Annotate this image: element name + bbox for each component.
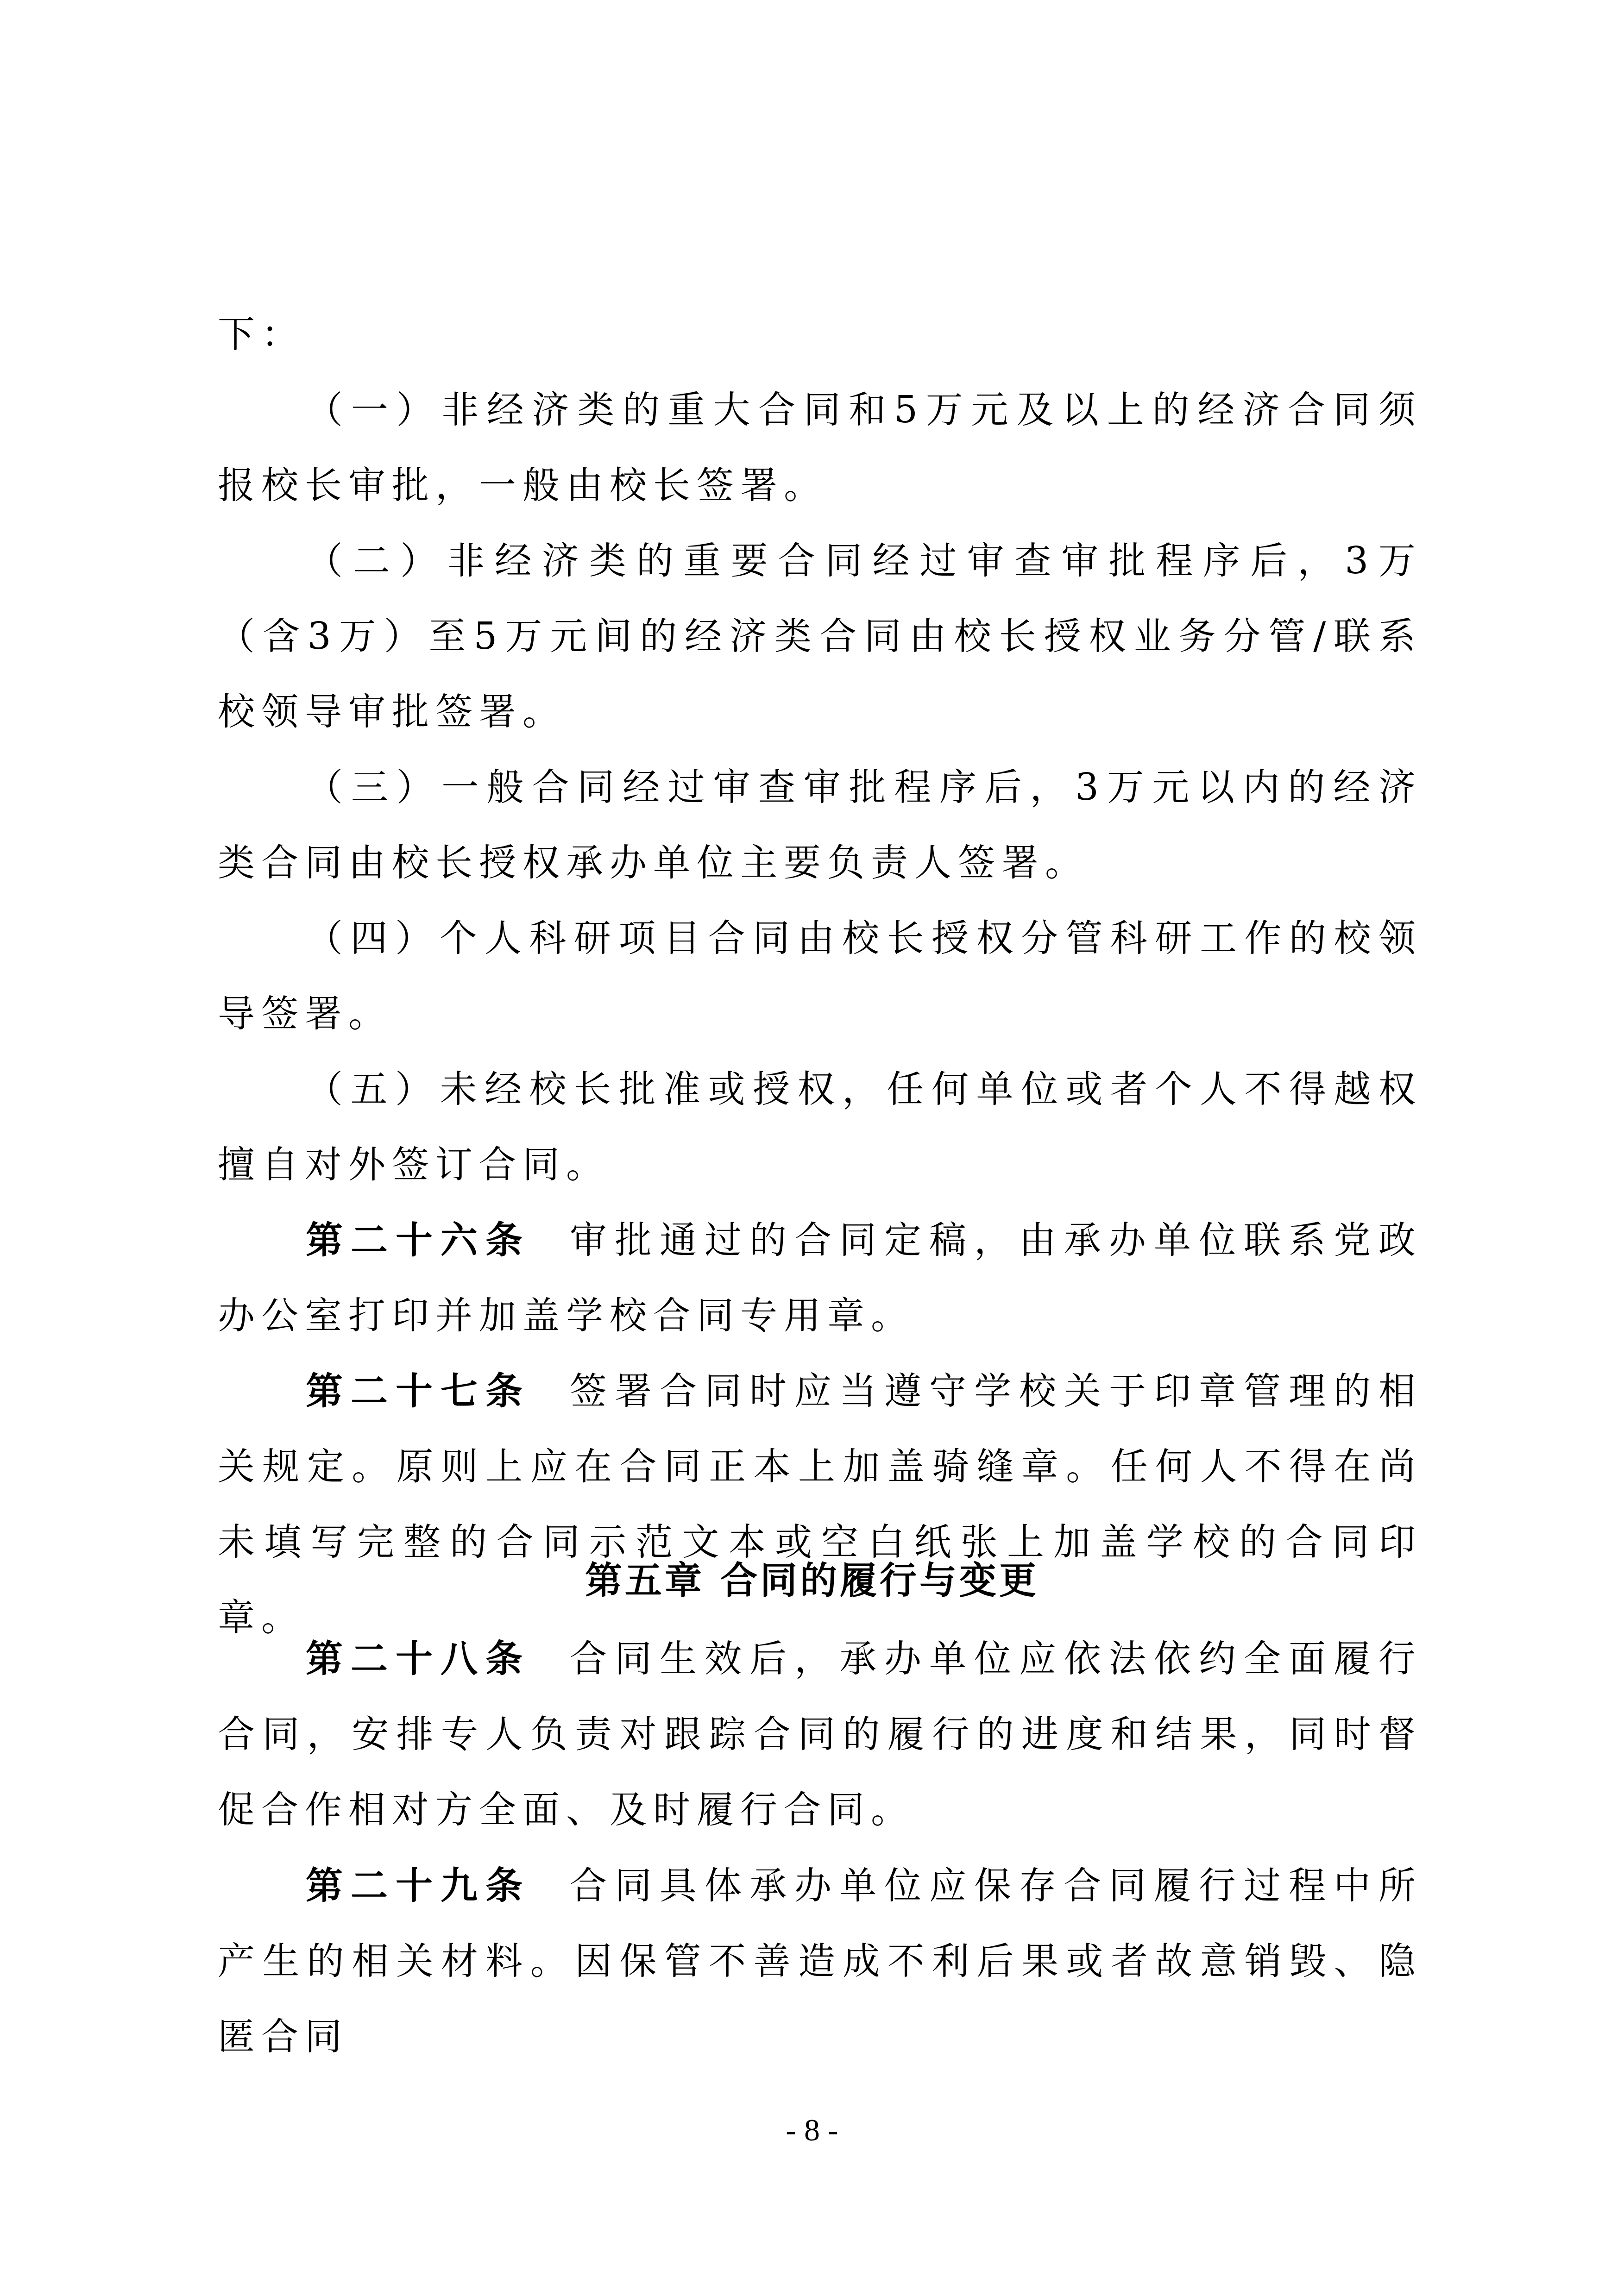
chapter-heading: 第五章 合同的履行与变更 [0, 1550, 1624, 1604]
paragraph-item-1: （一）非经济类的重大合同和5万元及以上的经济合同须报校长审批，一般由校长签署。 [218, 372, 1422, 523]
paragraph-item-5: （五）未经校长批准或授权，任何单位或者个人不得越权擅自对外签订合同。 [218, 1051, 1422, 1202]
document-page: 下： （一）非经济类的重大合同和5万元及以上的经济合同须报校长审批，一般由校长签… [0, 0, 1624, 2296]
page-number: - 8 - [0, 2112, 1624, 2148]
article-label: 第二十七条 [306, 1369, 530, 1412]
article-26: 第二十六条 审批通过的合同定稿，由承办单位联系党政办公室打印并加盖学校合同专用章… [218, 1202, 1422, 1353]
paragraph-item-4: （四）个人科研项目合同由校长授权分管科研工作的校领导签署。 [218, 900, 1422, 1051]
article-label: 第二十八条 [306, 1637, 530, 1680]
paragraph-continuation: 下： [218, 296, 1422, 372]
article-29: 第二十九条 合同具体承办单位应保存合同履行过程中所产生的相关材料。因保管不善造成… [218, 1848, 1422, 2074]
article-27: 第二十七条 签署合同时应当遵守学校关于印章管理的相关规定。原则上应在合同正本上加… [218, 1353, 1422, 1655]
article-28: 第二十八条 合同生效后，承办单位应依法依约全面履行合同，安排专人负责对跟踪合同的… [218, 1621, 1422, 1847]
paragraph-item-3: （三）一般合同经过审查审批程序后，3万元以内的经济类合同由校长授权承办单位主要负… [218, 749, 1422, 900]
paragraph-item-2: （二）非经济类的重要合同经过审查审批程序后，3万（含3万）至5万元间的经济类合同… [218, 523, 1422, 749]
article-label: 第二十六条 [306, 1218, 530, 1261]
article-label: 第二十九条 [306, 1864, 530, 1907]
